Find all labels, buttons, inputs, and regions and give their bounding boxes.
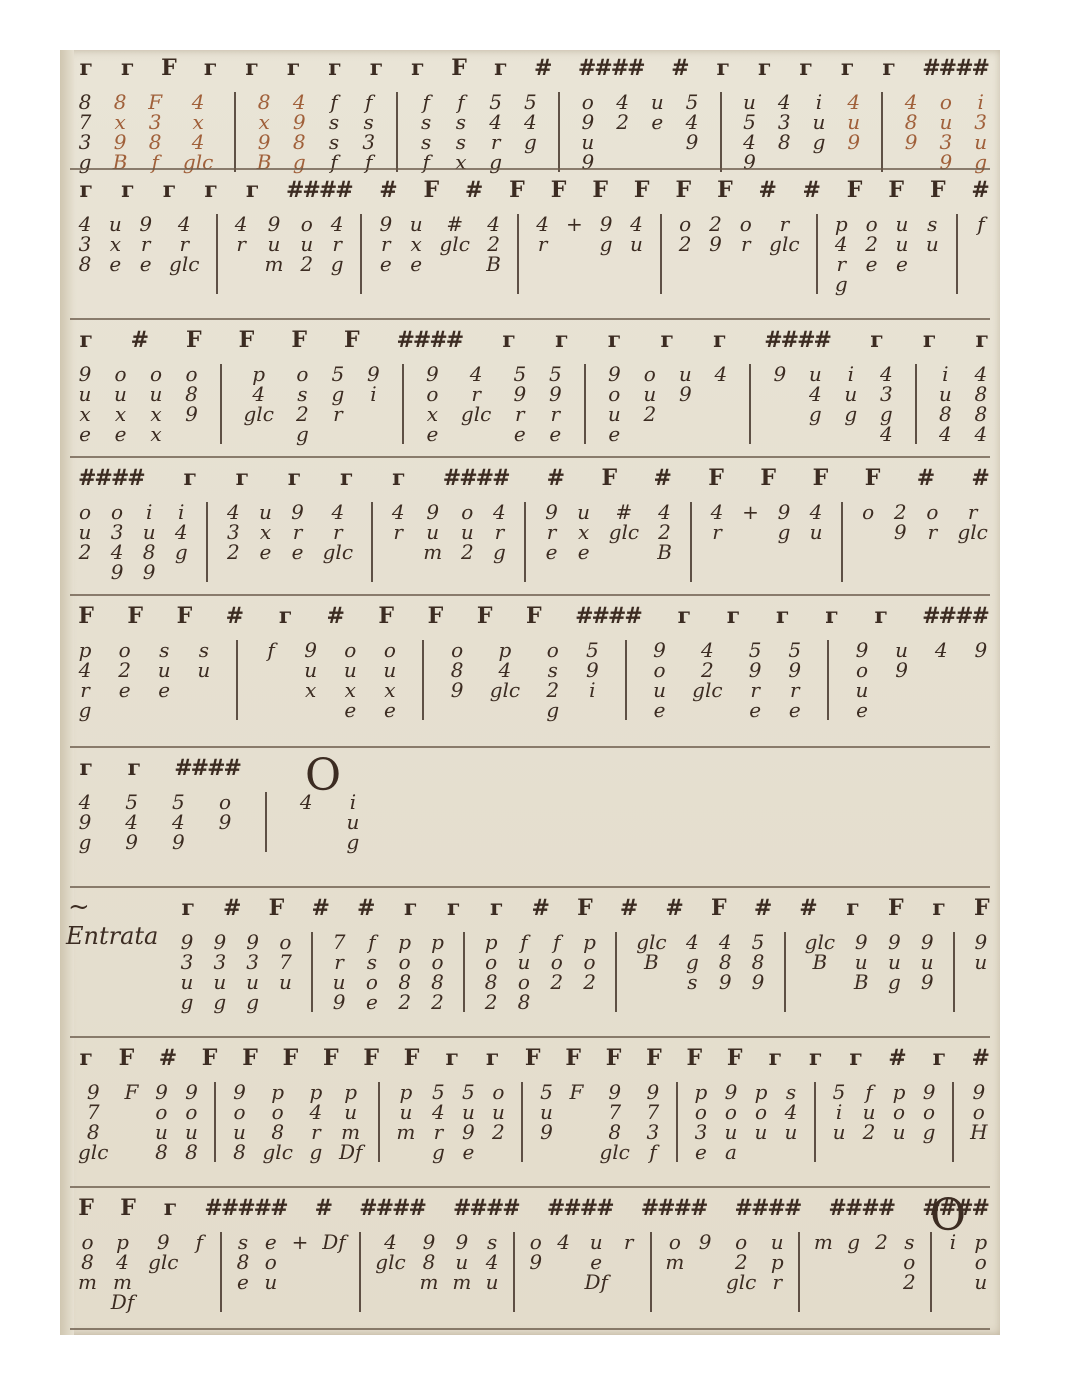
rhythm-flag: ᴦ [162, 1198, 176, 1232]
tablature-chords-row: 9uxeouxeouxxo89p4glcos2g5gr9i9oxe4rglc59… [78, 364, 988, 444]
fret-glyph: 8 [752, 952, 765, 972]
tablature-system: FFF#ᴦ#FFFF####ᴦᴦᴦᴦᴦ####p4rgo2esuesuf9uxo… [60, 598, 1000, 748]
rhythm-flag: #### [922, 58, 988, 92]
rhythm-flag: F [708, 468, 722, 502]
tablature-chord: 489 [904, 92, 918, 152]
rhythm-flag: #### [78, 468, 144, 502]
tablature-chord: 4x4glc [183, 92, 213, 172]
tablature-chord: 432 [226, 502, 240, 562]
rhythm-flag: # [759, 180, 775, 214]
system-divider [70, 1328, 990, 1330]
fret-glyph: u [213, 972, 226, 992]
fret-glyph: 4 [384, 1232, 397, 1252]
bar-line [915, 364, 917, 444]
tablature-chord: o2e [118, 640, 132, 700]
fret-glyph: e [514, 424, 526, 444]
tablature-chord: 59re [788, 640, 802, 720]
tablature-chord: 9re [139, 214, 153, 274]
tablature-chord: p4glc [244, 364, 274, 424]
fret-glyph: 2 [300, 254, 313, 274]
fret-glyph: f [457, 92, 464, 112]
fret-glyph: 7 [333, 932, 346, 952]
tablature-chord: ou2 [78, 502, 92, 562]
fret-glyph: 4 [880, 424, 893, 444]
bar-line [930, 1232, 932, 1312]
fret-glyph: f [330, 92, 337, 112]
fret-glyph: glc [636, 932, 666, 952]
fret-glyph: u [855, 952, 868, 972]
rhythm-flag: ᴦ [484, 1048, 498, 1082]
fret-glyph: 9 [923, 1082, 936, 1102]
tablature-chord: 4rglc [323, 502, 353, 562]
fret-glyph: p [399, 1082, 412, 1102]
fret-glyph: 8 [719, 952, 732, 972]
fret-glyph: 8 [778, 132, 791, 152]
tablature-chord: + [292, 1232, 309, 1252]
fret-glyph: 4 [331, 214, 344, 234]
fret-glyph: o [279, 932, 291, 952]
fret-glyph: r [836, 254, 846, 274]
fret-glyph: 9 [608, 364, 621, 384]
tablature-chord: o2glc [726, 1232, 756, 1292]
fret-glyph: 5 [833, 1082, 846, 1102]
fret-glyph: glc [148, 1252, 178, 1272]
fret-glyph: u [462, 1102, 475, 1122]
fret-glyph: o [272, 1102, 284, 1122]
tablature-chords-row: 873g8x9BF38f4x4glc8x9B498gfssffs3ffssffs… [78, 92, 988, 172]
fret-glyph: u [643, 384, 656, 404]
fret-glyph: u [540, 1102, 553, 1122]
bar-line [881, 92, 883, 172]
fret-glyph: 9 [185, 404, 198, 424]
tablature-chord: 5gr [331, 364, 345, 424]
fret-glyph: 8 [79, 254, 92, 274]
fret-glyph: 3 [880, 384, 893, 404]
fret-glyph: u [426, 522, 439, 542]
fret-glyph: s [199, 640, 209, 660]
fret-glyph: s [456, 132, 466, 152]
fret-glyph: + [292, 1232, 309, 1252]
tablature-chord: po3e [694, 1082, 708, 1162]
fret-glyph: f [267, 640, 274, 660]
bar-line [690, 502, 692, 582]
tablature-chord: 9um [423, 502, 442, 562]
fret-glyph: 8 [974, 404, 987, 424]
rhythm-flag: ᴦ [78, 1048, 92, 1082]
fret-glyph: r [80, 680, 90, 700]
fret-glyph: glc [726, 1272, 756, 1292]
rhythm-flag: F [847, 180, 861, 214]
bar-line [816, 214, 818, 294]
tablature-chord: ou2 [460, 502, 474, 562]
tablature-chord: os2g [295, 364, 309, 444]
fret-glyph: u [246, 972, 259, 992]
fret-glyph: 9 [426, 502, 439, 522]
fret-glyph: 4 [252, 384, 265, 404]
tablature-chord: F [569, 1082, 583, 1102]
fret-glyph: x [150, 424, 161, 444]
rhythm-flags-row: FFᴦ################################## [78, 1198, 988, 1232]
fret-glyph: 3 [227, 522, 240, 542]
fret-glyph: x [411, 234, 422, 254]
fret-glyph: g [835, 274, 848, 294]
fret-glyph: 2 [550, 972, 563, 992]
fret-glyph: o [725, 1102, 737, 1122]
rhythm-flag: # [653, 468, 669, 502]
tablature-chord: s4u [485, 1232, 499, 1292]
rhythm-flag: # [754, 898, 770, 932]
fret-glyph: u [185, 1122, 198, 1142]
fret-glyph: 9 [143, 562, 156, 582]
tablature-chord: 9oxe [425, 364, 439, 444]
bar-line [524, 502, 526, 582]
fret-glyph: B [854, 972, 869, 992]
tablature-chords-row: 93ug93ug93ugo7u7ru9fsoepo82po82po82fuo8f… [180, 932, 988, 1012]
fret-glyph: s [367, 952, 377, 972]
fret-glyph: u [346, 812, 359, 832]
bar-line [265, 792, 267, 852]
fret-glyph: 4 [658, 502, 671, 522]
fret-glyph: 4 [536, 214, 549, 234]
fret-glyph: g [347, 832, 360, 852]
rhythm-flag: ᴦ [921, 330, 935, 364]
rhythm-flag: ᴦ [180, 898, 194, 932]
tablature-chord: ueDf [584, 1232, 607, 1292]
tablature-chord: pum [396, 1082, 415, 1142]
tablature-chord: + [742, 502, 759, 522]
fret-glyph: r [311, 1122, 321, 1142]
fret-glyph: 9 [87, 1082, 100, 1102]
fret-glyph: 3 [940, 132, 953, 152]
fret-glyph: 7 [647, 1102, 660, 1122]
rhythm-flag: ᴦ [119, 58, 133, 92]
tablature-chord: po2 [583, 932, 597, 992]
fret-glyph: 9 [451, 680, 464, 700]
fret-glyph: x [427, 404, 438, 424]
fret-glyph: m [452, 1272, 471, 1292]
fret-glyph: 9 [291, 502, 304, 522]
fret-glyph: r [750, 680, 760, 700]
tablature-chord: 498g [292, 92, 306, 172]
fret-glyph: g [778, 522, 791, 542]
tablature-chord: r [622, 1232, 636, 1252]
fret-glyph: u [974, 1272, 987, 1292]
rhythm-flag: ᴦ [845, 898, 859, 932]
fret-glyph: i [178, 502, 184, 522]
fret-glyph: o [366, 972, 378, 992]
bar-line [827, 640, 829, 720]
tablature-chord: glcB [636, 932, 666, 972]
rhythm-flag: # [465, 180, 481, 214]
tablature-chord: 9oue [653, 640, 667, 720]
fret-glyph: 8 [485, 972, 498, 992]
fret-glyph: p [755, 1082, 768, 1102]
fret-glyph: 4 [392, 502, 405, 522]
system-divider [70, 456, 990, 458]
fret-glyph: 9 [157, 1232, 170, 1252]
rhythm-flag: #### [641, 1198, 707, 1232]
fret-glyph: 8 [149, 132, 162, 152]
rhythm-flag: ᴦ [445, 898, 459, 932]
fret-glyph: u [486, 1272, 499, 1292]
fret-glyph: r [332, 234, 342, 254]
rhythm-flag: # [803, 180, 819, 214]
fret-glyph: 4 [175, 522, 188, 542]
fret-glyph: 4 [785, 1102, 798, 1122]
fret-glyph: e [462, 1142, 474, 1162]
fret-glyph: u [893, 1122, 906, 1142]
rhythm-flag: #### [575, 606, 641, 640]
fret-glyph: u [844, 384, 857, 404]
fret-glyph: p [771, 1252, 784, 1272]
tablature-chord: sue [157, 640, 171, 700]
tablature-chord: 59re [548, 364, 562, 444]
tablature-chord: fssx [454, 92, 468, 172]
fret-glyph: 9 [529, 1252, 542, 1272]
rhythm-flag: ᴦ [277, 606, 291, 640]
fret-glyph: 8 [293, 132, 306, 152]
bar-line [220, 364, 222, 444]
fret-glyph: r [495, 522, 505, 542]
bar-line [814, 1082, 816, 1162]
fret-glyph: 7 [87, 1102, 100, 1122]
fret-glyph: i [836, 1102, 842, 1122]
tablature-chord: 9g [777, 502, 791, 542]
fret-glyph: 9 [426, 364, 439, 384]
rhythm-flags-row: ᴦᴦᴦᴦᴦ#####F#FFFFFF##FFF# [78, 180, 988, 214]
fret-glyph: 4 [701, 640, 714, 660]
fret-glyph: x [305, 680, 316, 700]
rhythm-flag: F [477, 606, 491, 640]
tablature-chord: so2 [902, 1232, 916, 1292]
tablature-chord: fo2 [550, 932, 564, 992]
rhythm-flag: # [531, 898, 547, 932]
tablature-chord: 9oua [724, 1082, 738, 1162]
fret-glyph: 5 [524, 92, 537, 112]
bar-line [311, 932, 313, 1012]
fret-glyph: u [833, 1122, 846, 1142]
rhythm-flag: ᴦ [488, 898, 502, 932]
rhythm-flag: F [268, 898, 282, 932]
fret-glyph: e [79, 424, 91, 444]
fret-glyph: 9 [540, 1122, 553, 1142]
system-divider [70, 1186, 990, 1188]
fret-glyph: glc [263, 1142, 293, 1162]
bar-line [841, 502, 843, 582]
rhythm-flag: # [327, 606, 343, 640]
fret-glyph: p [344, 1082, 357, 1102]
fret-glyph: 9 [114, 132, 127, 152]
fret-glyph: u [383, 660, 396, 680]
system-divider [70, 318, 990, 320]
fret-glyph: 9 [699, 1232, 712, 1252]
fret-glyph: 3 [111, 522, 124, 542]
fret-glyph: 4 [79, 792, 92, 812]
bar-line [422, 640, 424, 720]
tablature-chords-row: 978glcF9ou89ou89ou8po8glcp4rgpumDfpum54r… [78, 1082, 988, 1162]
tablature-chords-row: o8mp4mDf9glcfs8eeou+Df4glc98m9ums4uo94ue… [78, 1232, 988, 1312]
fret-glyph: u [725, 1122, 738, 1142]
rhythm-flag: F [423, 180, 437, 214]
tablature-chord: i4g [174, 502, 188, 562]
tablature-chord: uxe [409, 214, 423, 274]
fret-glyph: g [332, 384, 345, 404]
fret-glyph: glc [692, 680, 722, 700]
tablature-chord: 9oue [607, 364, 621, 444]
rhythm-flag: #### [359, 1198, 425, 1232]
fret-glyph: 5 [513, 364, 526, 384]
fret-glyph: p [499, 640, 512, 660]
fret-glyph: g [79, 832, 92, 852]
fret-glyph: o [185, 1102, 197, 1122]
fret-glyph: o [669, 1232, 681, 1252]
rhythm-flag: ᴦ [391, 468, 405, 502]
fret-glyph: 9 [679, 384, 692, 404]
tablature-chord: 59re [513, 364, 527, 444]
fret-glyph: e [380, 254, 392, 274]
rhythm-flag: F [427, 606, 441, 640]
tablature-chord: om [665, 1232, 684, 1272]
rhythm-flags-row: ᴦ#F##ᴦᴦᴦ#F##F##ᴦFᴦF [180, 898, 988, 932]
fret-glyph: u [974, 952, 987, 972]
rhythm-flag: ᴦ [659, 330, 673, 364]
tablature-chord: 4rg [492, 502, 506, 562]
fret-glyph: 9 [647, 1082, 660, 1102]
rhythm-flag: ᴦ [798, 58, 812, 92]
fret-glyph: u [921, 952, 934, 972]
bar-line [214, 1082, 216, 1162]
fret-glyph: r [293, 522, 303, 542]
tablature-chord: po82 [431, 932, 445, 1012]
fret-glyph: 2 [643, 404, 656, 424]
fret-glyph: 8 [431, 972, 444, 992]
rhythm-flag: #### [286, 180, 352, 214]
fret-glyph: 4 [470, 364, 483, 384]
tablature-chord: pou [974, 1232, 988, 1292]
rhythm-flag: #### [453, 1198, 519, 1232]
rhythm-flag: # [357, 898, 373, 932]
fret-glyph: e [366, 992, 378, 1012]
fret-glyph: u [492, 1102, 505, 1122]
bar-line [236, 640, 238, 720]
manuscript-page: ᴦᴦFᴦᴦᴦᴦᴦᴦFᴦ######ᴦᴦᴦᴦᴦ####873g8x9BF38f4x… [60, 50, 1000, 1335]
fret-glyph: x [345, 680, 356, 700]
fret-glyph: 9 [213, 932, 226, 952]
fret-glyph: o [695, 1102, 707, 1122]
fret-glyph: 9 [185, 1082, 198, 1102]
fret-glyph: 2 [875, 1232, 888, 1252]
tablature-chord: su [197, 640, 211, 680]
fret-glyph: u [895, 234, 908, 254]
tablature-chord: uue [895, 214, 909, 274]
rhythm-flag: #### [578, 58, 644, 92]
fret-glyph: g [524, 132, 537, 152]
fret-glyph: e [140, 254, 152, 274]
fret-glyph: o [654, 660, 666, 680]
fret-glyph: e [109, 254, 121, 274]
tablature-chord: 9u9 [920, 932, 934, 992]
fret-glyph: s [421, 112, 431, 132]
fret-glyph: # [446, 214, 463, 234]
fret-glyph: o [740, 214, 752, 234]
rhythm-flag: F [717, 180, 731, 214]
tablature-chord: p4glc [490, 640, 520, 700]
fret-glyph: r [333, 522, 343, 542]
fret-glyph: 8 [518, 992, 531, 1012]
fret-glyph: u [461, 522, 474, 542]
fret-glyph: 4 [79, 214, 92, 234]
tablature-chord: ouxx [149, 364, 163, 444]
tablature-chord: ouxe [343, 640, 357, 720]
tablature-chord: 9u [974, 932, 988, 972]
bar-line [650, 1232, 652, 1312]
rhythm-flag: #### [828, 1198, 894, 1232]
tablature-chord: 9uxe [78, 364, 92, 444]
fret-glyph: 2 [865, 234, 878, 254]
fret-glyph: 9 [847, 132, 860, 152]
fret-glyph: 3 [246, 952, 259, 972]
fret-glyph: 4 [711, 502, 724, 522]
section-heading: Entrata [66, 922, 158, 950]
bar-line [463, 932, 465, 1012]
bar-line [952, 1082, 954, 1162]
bar-line [660, 214, 662, 294]
fret-glyph: i [848, 364, 854, 384]
fret-glyph: g [181, 992, 194, 1012]
fret-glyph: i [977, 92, 983, 112]
fret-glyph: 9 [894, 522, 907, 542]
tablature-chord: 873g [78, 92, 92, 172]
fret-glyph: 9 [749, 660, 762, 680]
fret-glyph: 9 [709, 234, 722, 254]
fret-glyph: f [865, 1082, 872, 1102]
rhythm-flag: F [202, 1048, 216, 1082]
fret-glyph: 4 [686, 112, 699, 132]
fret-glyph: 9 [752, 972, 765, 992]
tablature-system: ᴦ#FFFF####ᴦᴦᴦᴦᴦ####ᴦᴦᴦ9uxeouxeouxxo89p4g… [60, 322, 1000, 458]
tablature-chord: 4glc [375, 1232, 405, 1272]
fret-glyph: 4 [192, 132, 205, 152]
fret-glyph: B [813, 952, 828, 972]
fret-glyph: o [344, 640, 356, 660]
fret-glyph: o [301, 214, 313, 234]
fret-glyph: 8 [423, 1252, 436, 1272]
fret-glyph: 2 [658, 522, 671, 542]
tablature-chord: iu89 [142, 502, 156, 582]
tablature-chord: + [566, 214, 583, 234]
fret-glyph: o [233, 1102, 245, 1122]
tablature-chord: uxe [258, 502, 272, 562]
tablature-chord: 29 [893, 502, 907, 542]
tablature-chord: 5iu [832, 1082, 846, 1142]
rhythm-flag: F [686, 1048, 700, 1082]
fret-glyph: 2 [431, 992, 444, 1012]
fret-glyph: 5 [432, 1082, 445, 1102]
fret-glyph: m [814, 1232, 833, 1252]
fret-glyph: e [546, 542, 558, 562]
tablature-chord: 9og [922, 1082, 936, 1142]
tablature-chord: 42B [486, 214, 501, 274]
fret-glyph: x [115, 404, 126, 424]
fret-glyph: 8 [114, 92, 127, 112]
rhythm-flag: ᴦ [244, 180, 258, 214]
fret-glyph: u [974, 132, 987, 152]
fret-glyph: 8 [155, 1142, 168, 1162]
fret-glyph: 5 [489, 92, 502, 112]
fret-glyph: o [150, 364, 162, 384]
fret-glyph: g [213, 992, 226, 1012]
rhythm-flag: F [78, 1198, 92, 1232]
